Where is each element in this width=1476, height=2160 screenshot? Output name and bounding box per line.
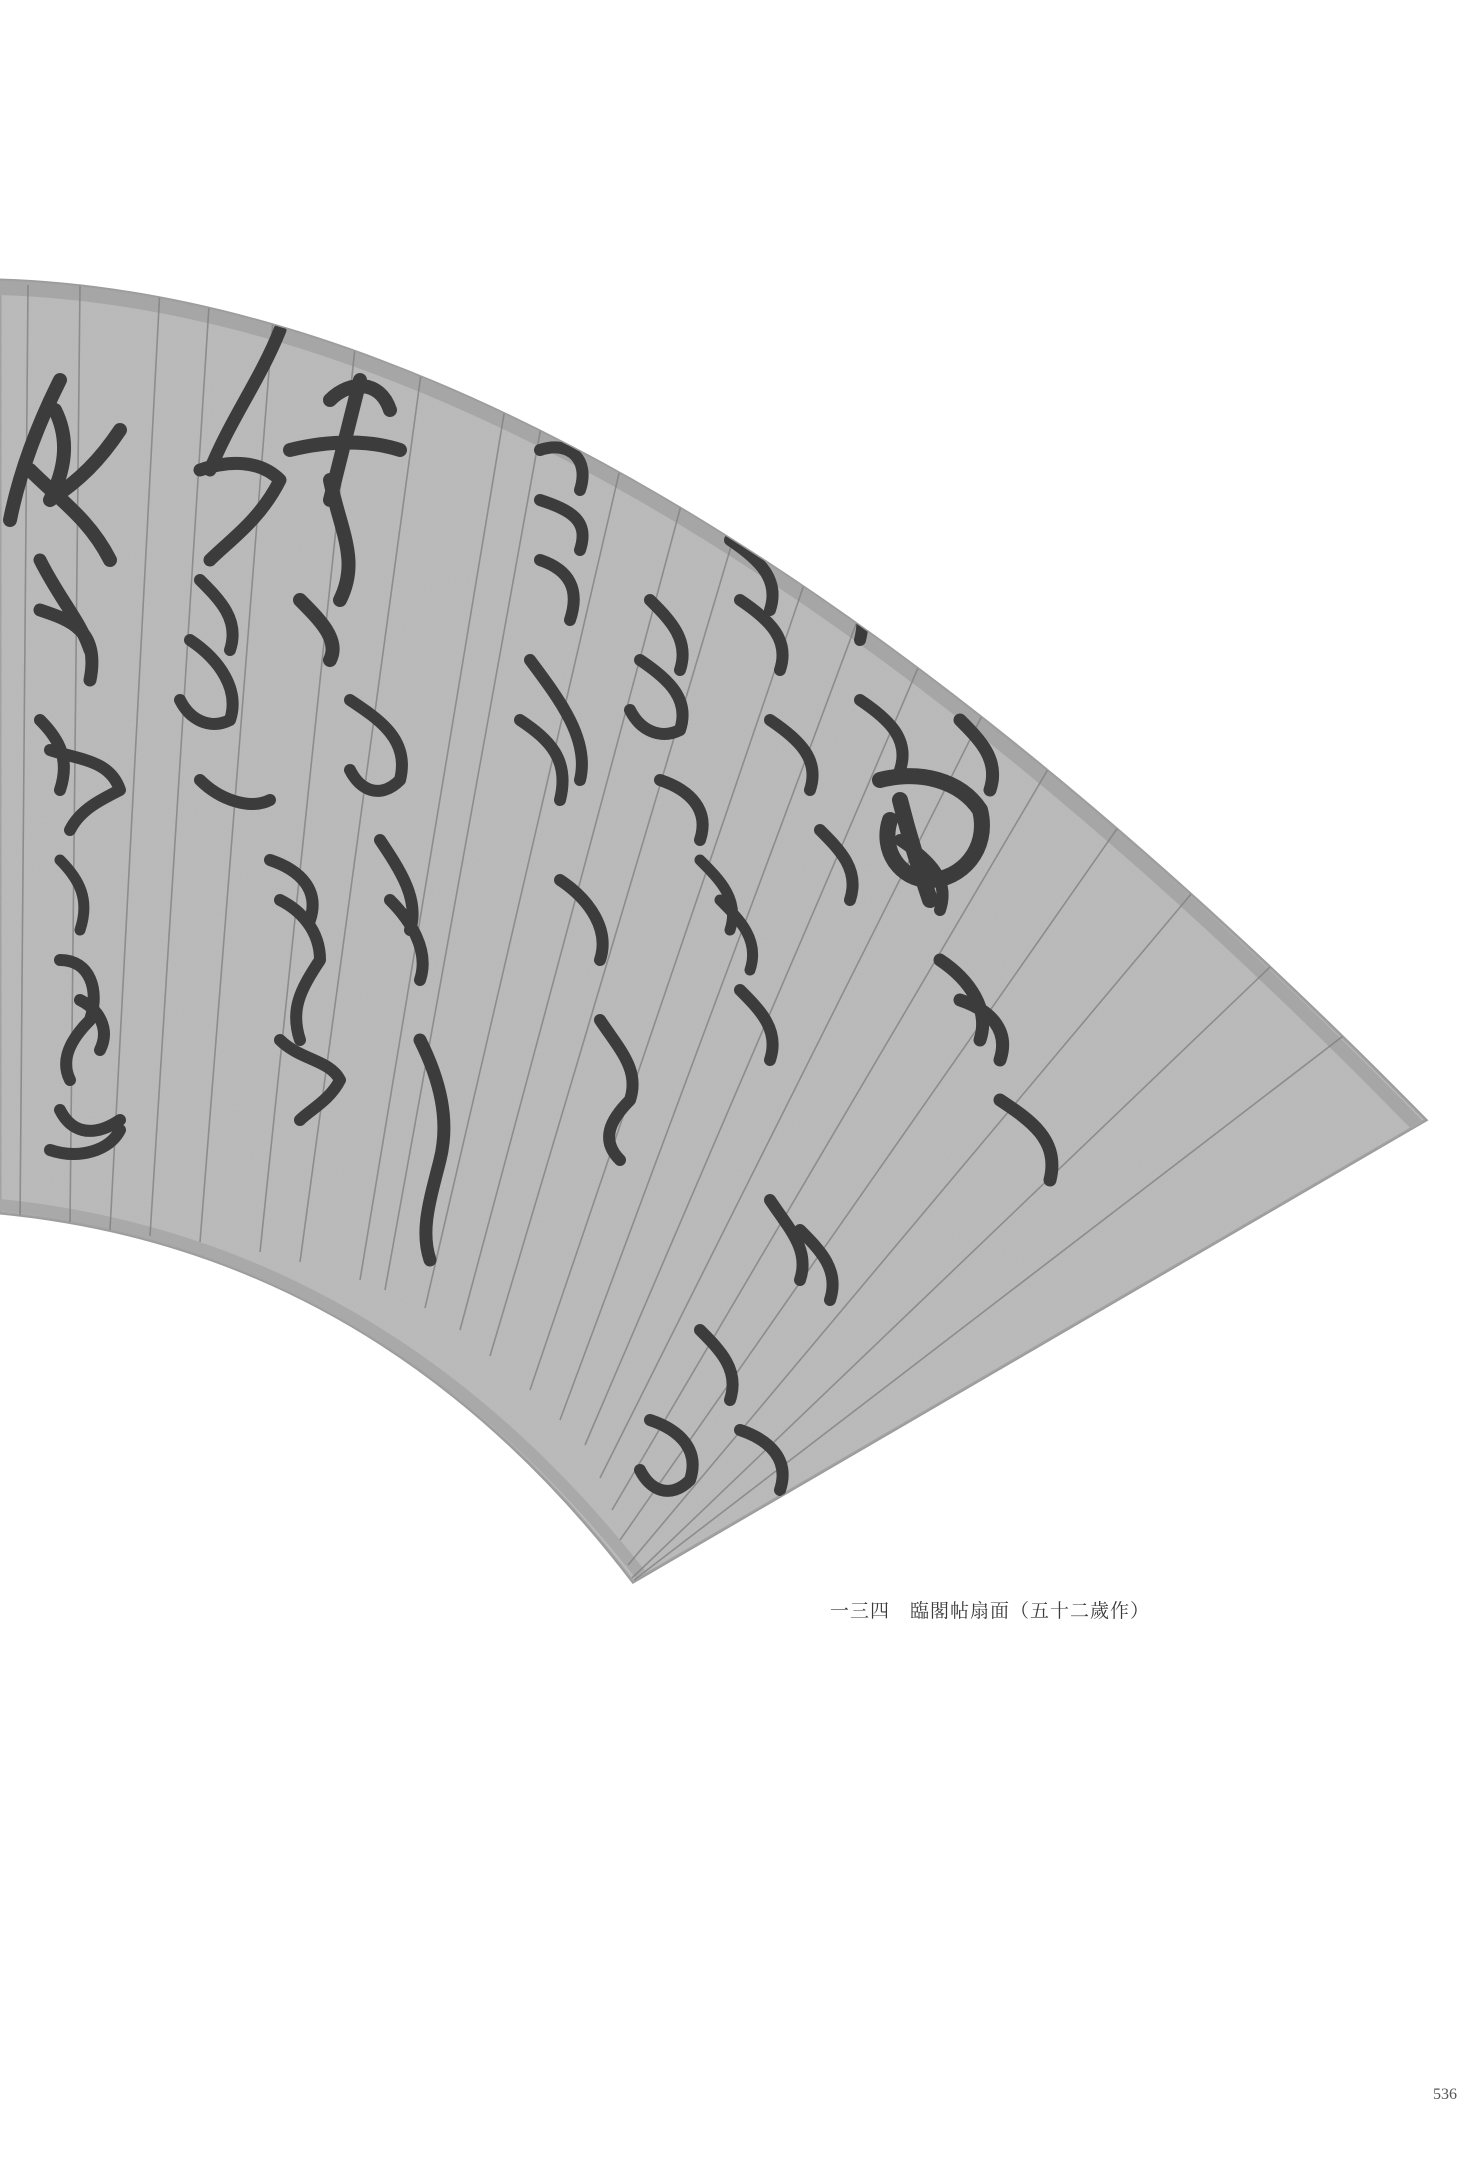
figure-caption: 一三四臨閣帖扇面（五十二歲作） <box>830 1596 1150 1623</box>
page-number: 536 <box>1433 2086 1457 2104</box>
fan-painting <box>0 0 1476 1620</box>
figure-title: 臨閣帖扇面（五十二歲作） <box>910 1600 1150 1622</box>
calligraphy-fan-image <box>0 0 1476 1620</box>
figure-number: 一三四 <box>830 1600 890 1622</box>
